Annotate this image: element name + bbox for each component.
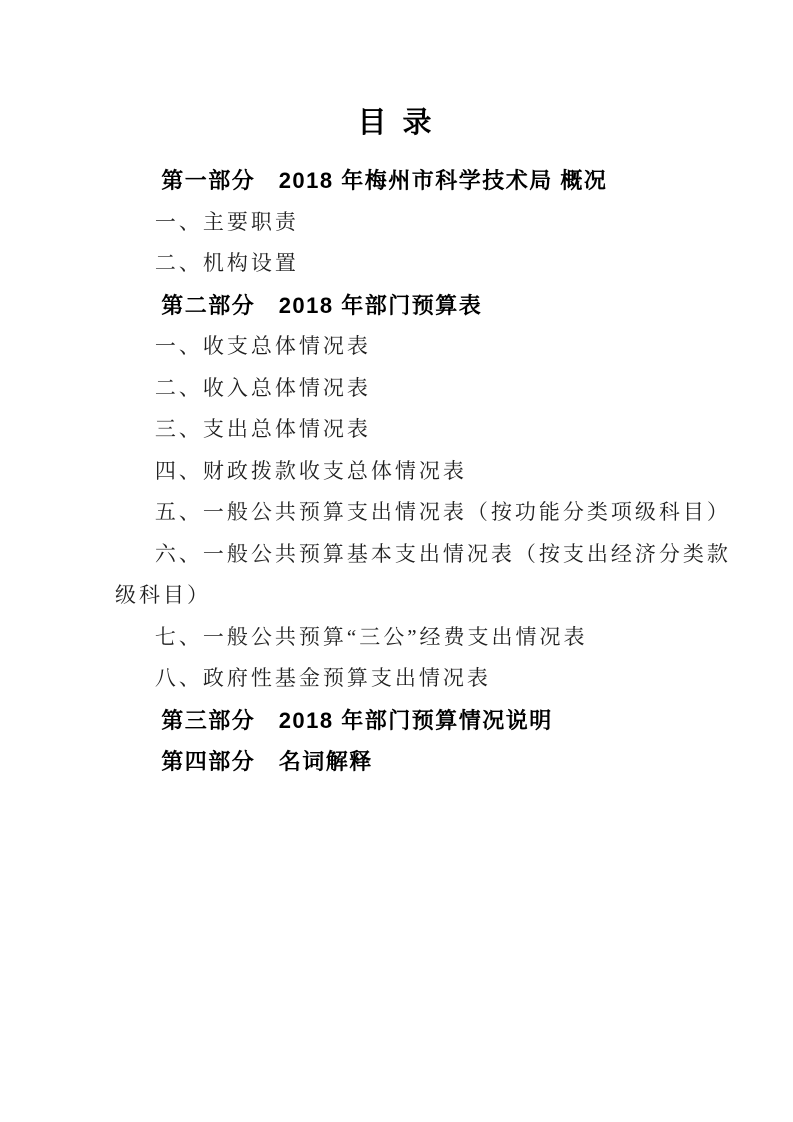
toc-item-public-budget-expense: 五、一般公共预算支出情况表（按功能分类项级科目） (115, 492, 678, 534)
toc-item-organization: 二、机构设置 (115, 243, 678, 285)
toc-item-three-public-funds: 七、一般公共预算“三公”经费支出情况表 (115, 617, 678, 659)
table-of-contents: 第一部分 2018 年梅州市科学技术局 概况 一、主要职责 二、机构设置 第二部… (115, 160, 678, 783)
toc-item-expense-summary: 三、支出总体情况表 (115, 409, 678, 451)
toc-item-basic-expense-line1: 六、一般公共预算基本支出情况表（按支出经济分类款 (115, 534, 678, 576)
page-title: 目 录 (115, 103, 678, 143)
toc-item-fiscal-appropriation: 四、财政拨款收支总体情况表 (115, 451, 678, 493)
document-page: 目 录 第一部分 2018 年梅州市科学技术局 概况 一、主要职责 二、机构设置… (0, 0, 793, 1122)
toc-part-4: 第四部分 名词解释 (115, 741, 678, 783)
toc-part-3: 第三部分 2018 年部门预算情况说明 (115, 700, 678, 742)
toc-item-income-expense-summary: 一、收支总体情况表 (115, 326, 678, 368)
toc-item-duties: 一、主要职责 (115, 202, 678, 244)
toc-item-income-summary: 二、收入总体情况表 (115, 368, 678, 410)
toc-part-1: 第一部分 2018 年梅州市科学技术局 概况 (115, 160, 678, 202)
toc-part-2: 第二部分 2018 年部门预算表 (115, 285, 678, 327)
toc-item-government-fund: 八、政府性基金预算支出情况表 (115, 658, 678, 700)
toc-item-basic-expense-line2: 级科目） (115, 575, 678, 617)
